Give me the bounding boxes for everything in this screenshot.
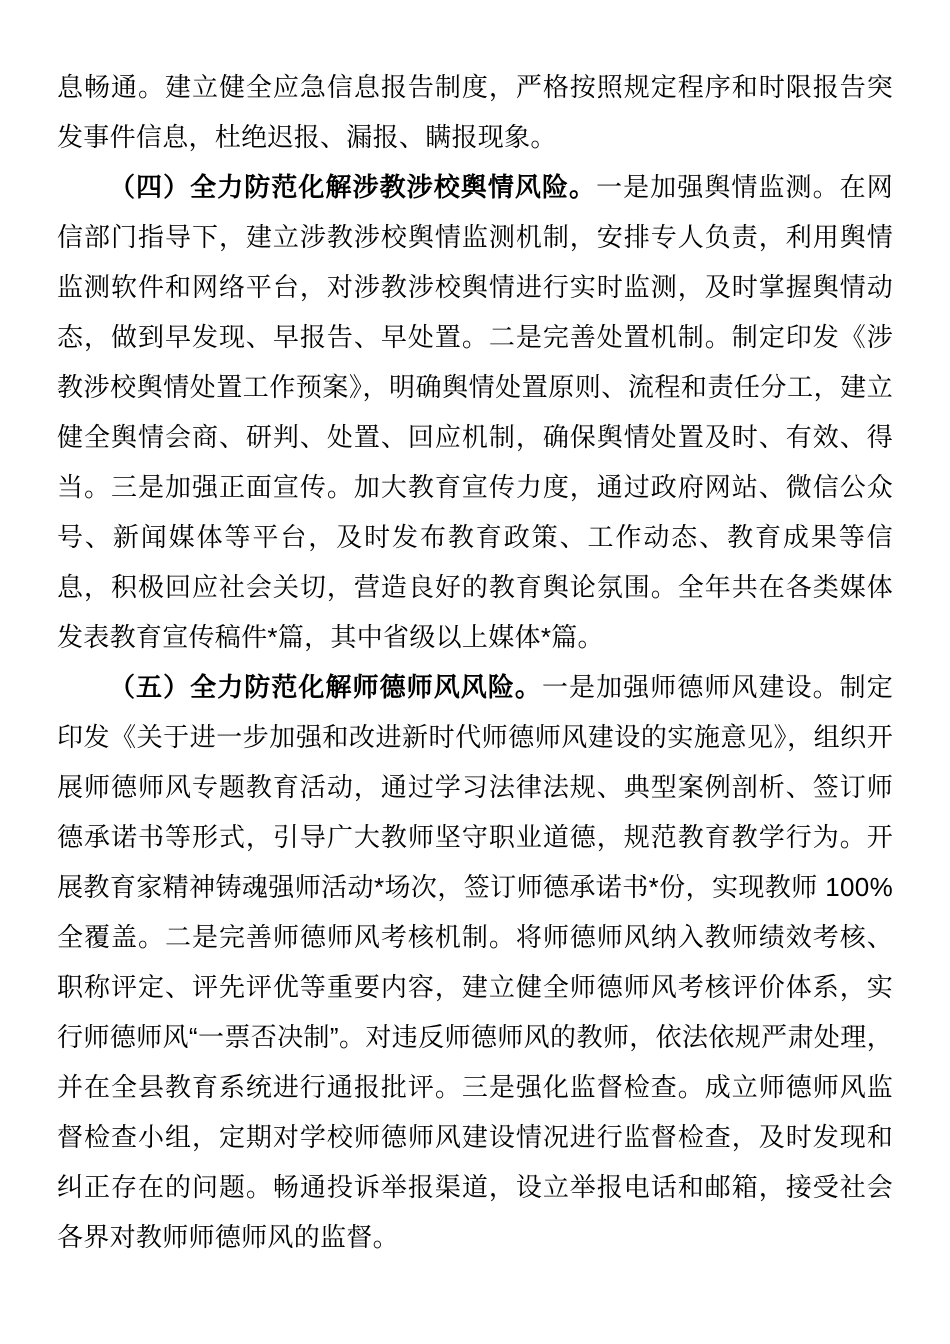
section-5-heading: （五）全力防范化解师德师风风险。 — [109, 672, 542, 702]
paragraph-text: 一是加强师德师风建设。制定印发《关于进一步加强和改进新时代师德师风建设的实施意见… — [57, 672, 893, 1252]
document-page: 息畅通。建立健全应急信息报告制度，严格按照规定程序和时限报告突发事件信息，杜绝迟… — [0, 0, 950, 1344]
paragraph-continuation: 息畅通。建立健全应急信息报告制度，严格按照规定程序和时限报告突发事件信息，杜绝迟… — [57, 62, 893, 162]
paragraph-text: 息畅通。建立健全应急信息报告制度，严格按照规定程序和时限报告突发事件信息，杜绝迟… — [57, 72, 893, 152]
paragraph-section-5: （五）全力防范化解师德师风风险。一是加强师德师风建设。制定印发《关于进一步加强和… — [57, 662, 893, 1262]
paragraph-section-4: （四）全力防范化解涉教涉校舆情风险。一是加强舆情监测。在网信部门指导下，建立涉教… — [57, 162, 893, 662]
paragraph-text: 一是加强舆情监测。在网信部门指导下，建立涉教涉校舆情监测机制，安排专人负责，利用… — [57, 172, 893, 652]
section-4-heading: （四）全力防范化解涉教涉校舆情风险。 — [109, 172, 596, 202]
